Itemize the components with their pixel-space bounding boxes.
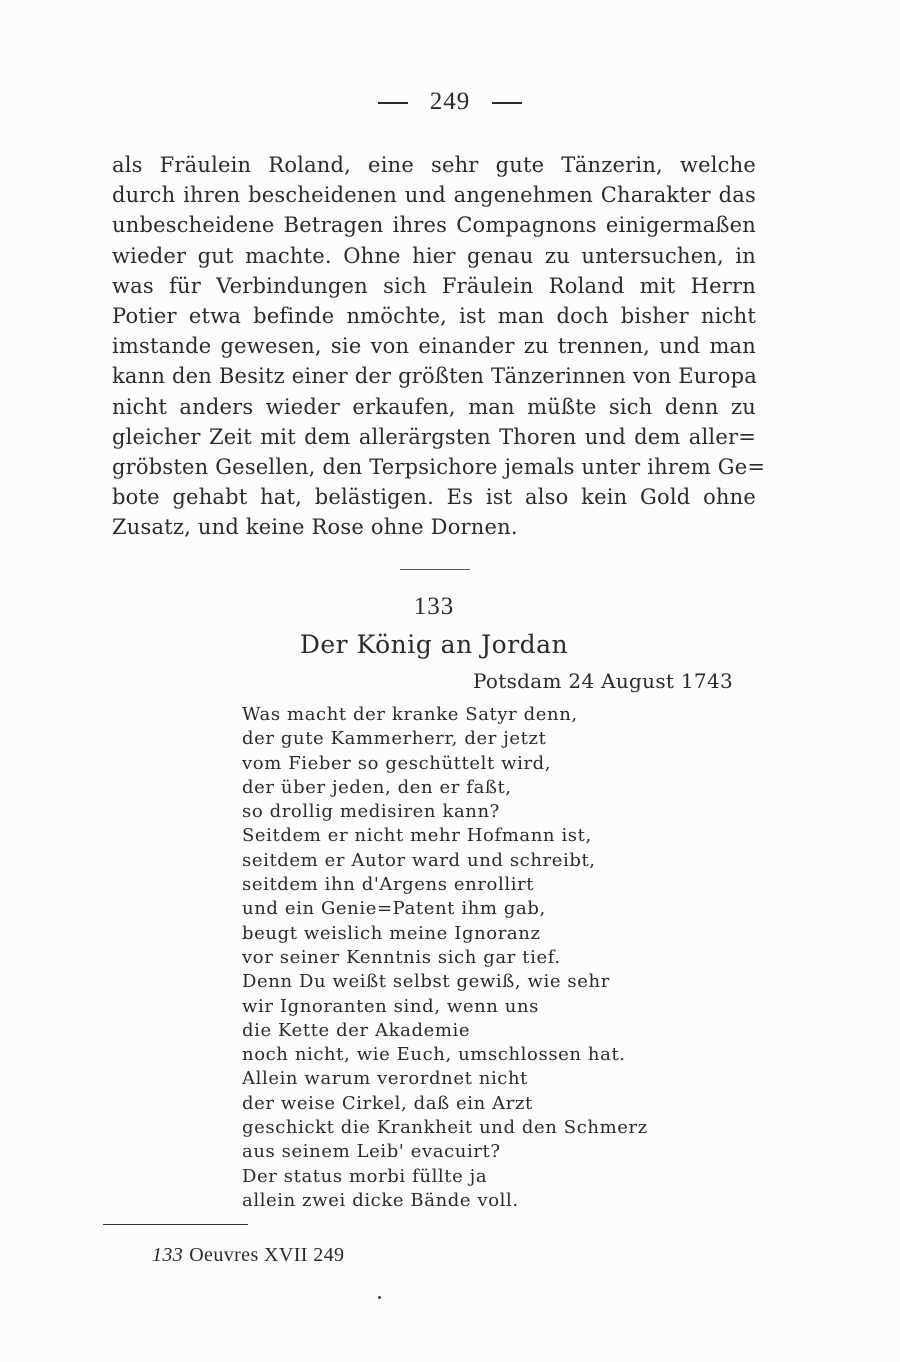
poem-verse: Seitdem er nicht mehr Hofmann ist, (242, 824, 648, 848)
prose-line: durch ihren bescheidenen und angenehmen … (112, 180, 756, 210)
poem-verse: aus seinem Leib' evacuirt? (242, 1140, 648, 1164)
poem-verse: der weise Cirkel, daß ein Arzt (242, 1092, 648, 1116)
footnote-text: Oeuvres XVII 249 (189, 1244, 344, 1266)
prose-line: imstande gewesen, sie von einander zu tr… (112, 331, 756, 361)
poem-verse: die Kette der Akademie (242, 1019, 648, 1043)
prose-line: als Fräulein Roland, eine sehr gute Tänz… (112, 150, 756, 180)
poem-verse: Allein warum verordnet nicht (242, 1067, 648, 1091)
prose-line: wieder gut machte. Ohne hier genau zu un… (112, 241, 756, 271)
prose-line: was für Verbindungen sich Fräulein Rolan… (112, 271, 756, 301)
header-dash-right (492, 102, 522, 104)
poem-verse: Was macht der kranke Satyr denn, (242, 703, 648, 727)
prose-paragraph: als Fräulein Roland, eine sehr gute Tänz… (112, 150, 756, 542)
footnote-number: 133 (152, 1244, 183, 1266)
prose-line: bote gehabt hat, belästigen. Es ist also… (112, 482, 756, 512)
prose-line: nicht anders wieder erkaufen, man müßte … (112, 392, 756, 422)
prose-line: unbescheidene Betragen ihres Compagnons … (112, 210, 756, 240)
page-number: 249 (430, 88, 471, 115)
poem-verse: Denn Du weißt selbst gewiß, wie sehr (242, 970, 648, 994)
poem: Was macht der kranke Satyr denn, der gut… (242, 703, 648, 1213)
prose-line: Potier etwa befinde nmöchte, ist man doc… (112, 301, 756, 331)
prose-line: gröbsten Gesellen, den Terpsichore jemal… (112, 452, 756, 482)
poem-verse: der über jeden, den er faßt, (242, 776, 648, 800)
prose-line: kann den Besitz einer der größten Tänzer… (112, 361, 756, 391)
poem-verse: allein zwei dicke Bände voll. (242, 1189, 648, 1213)
prose-line: Zusatz, und keine Rose ohne Dornen. (112, 512, 756, 542)
poem-verse: vom Fieber so geschüttelt wird, (242, 752, 648, 776)
poem-verse: wir Ignoranten sind, wenn uns (242, 995, 648, 1019)
poem-verse: vor seiner Kenntnis sich gar tief. (242, 946, 648, 970)
poem-verse: Der status morbi füllte ja (242, 1165, 648, 1189)
footnote: 133Oeuvres XVII 249 (152, 1244, 344, 1267)
poem-verse: beugt weislich meine Ignoranz (242, 922, 648, 946)
poem-verse: so drollig medisiren kann? (242, 800, 648, 824)
print-speck (378, 1296, 381, 1299)
prose-line: gleicher Zeit mit dem allerärgsten Thore… (112, 422, 756, 452)
footnote-rule (103, 1224, 248, 1225)
poem-verse: seitdem er Autor ward und schreibt, (242, 849, 648, 873)
page-header: 249 (0, 88, 900, 116)
section-divider (400, 569, 470, 570)
letter-dateline: Potsdam 24 August 1743 (473, 669, 733, 693)
poem-verse: seitdem ihn d'Argens enrollirt (242, 873, 648, 897)
poem-verse: der gute Kammerherr, der jetzt (242, 727, 648, 751)
poem-verse: geschickt die Krankheit und den Schmerz (242, 1116, 648, 1140)
poem-verse: und ein Genie=Patent ihm gab, (242, 897, 648, 921)
letter-number: 133 (0, 593, 868, 621)
letter-title: Der König an Jordan (0, 630, 868, 659)
poem-verse: noch nicht, wie Euch, umschlossen hat. (242, 1043, 648, 1067)
header-dash-left (378, 102, 408, 104)
